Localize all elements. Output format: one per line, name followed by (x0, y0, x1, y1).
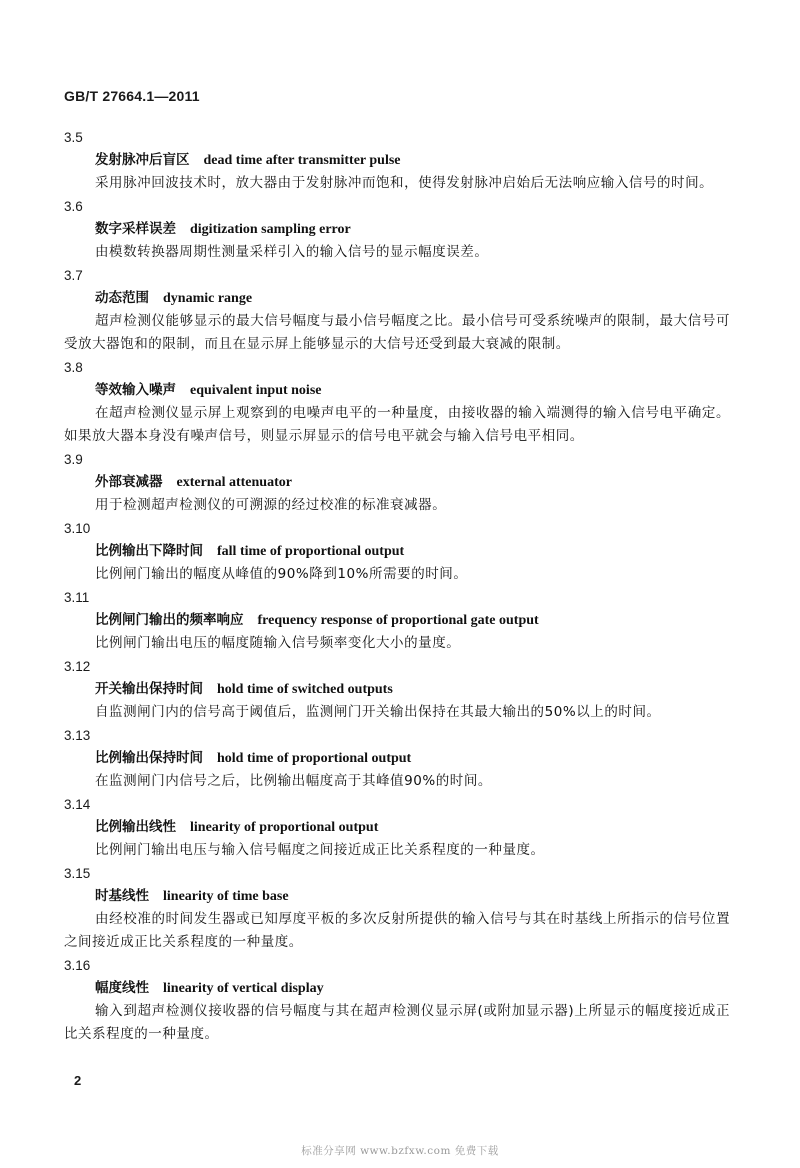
clause-number: 3.15 (64, 862, 730, 885)
term-heading: 比例输出下降时间fall time of proportional output (64, 540, 730, 563)
clause-number: 3.7 (64, 264, 730, 287)
term-zh: 比例输出保持时间 (95, 750, 203, 766)
term-en: hold time of proportional output (217, 751, 411, 766)
term-zh: 比例输出下降时间 (95, 543, 203, 559)
term-entry: 3.10 比例输出下降时间fall time of proportional o… (64, 517, 730, 586)
clause-number: 3.10 (64, 517, 730, 540)
term-zh: 外部衰减器 (95, 474, 163, 490)
term-heading: 动态范围dynamic range (64, 287, 730, 310)
watermark-text: 标准分享网 www.bzfxw.com 免费下载 (0, 1143, 800, 1158)
term-en: dead time after transmitter pulse (204, 153, 401, 168)
term-en: external attenuator (177, 475, 292, 490)
term-definition: 在监测闸门内信号之后，比例输出幅度高于其峰值90%的时间。 (64, 770, 730, 793)
terms-list: 3.5 发射脉冲后盲区dead time after transmitter p… (64, 126, 730, 1046)
term-zh: 比例闸门输出的频率响应 (95, 612, 244, 628)
term-heading: 时基线性linearity of time base (64, 885, 730, 908)
term-en: linearity of time base (163, 889, 289, 904)
term-en: frequency response of proportional gate … (258, 613, 539, 628)
term-en: digitization sampling error (190, 222, 351, 237)
term-zh: 动态范围 (95, 290, 149, 306)
term-entry: 3.6 数字采样误差digitization sampling error 由模… (64, 195, 730, 264)
clause-number: 3.12 (64, 655, 730, 678)
term-heading: 外部衰减器external attenuator (64, 471, 730, 494)
term-en: linearity of proportional output (190, 820, 378, 835)
term-definition: 比例闸门输出电压与输入信号幅度之间接近成正比关系程度的一种量度。 (64, 839, 730, 862)
term-heading: 开关输出保持时间hold time of switched outputs (64, 678, 730, 701)
term-definition: 采用脉冲回波技术时，放大器由于发射脉冲而饱和，使得发射脉冲启始后无法响应输入信号… (64, 172, 730, 195)
term-zh: 幅度线性 (95, 980, 149, 996)
term-definition: 自监测闸门内的信号高于阈值后，监测闸门开关输出保持在其最大输出的50%以上的时间… (64, 701, 730, 724)
term-zh: 等效输入噪声 (95, 382, 176, 398)
term-entry: 3.15 时基线性linearity of time base 由经校准的时间发… (64, 862, 730, 954)
term-definition: 超声检测仪能够显示的最大信号幅度与最小信号幅度之比。最小信号可受系统噪声的限制，… (64, 310, 730, 356)
term-heading: 比例闸门输出的频率响应frequency response of proport… (64, 609, 730, 632)
document-page: GB/T 27664.1—2011 3.5 发射脉冲后盲区dead time a… (0, 0, 800, 1168)
term-entry: 3.11 比例闸门输出的频率响应frequency response of pr… (64, 586, 730, 655)
term-heading: 发射脉冲后盲区dead time after transmitter pulse (64, 149, 730, 172)
term-en: equivalent input noise (190, 383, 321, 398)
term-entry: 3.13 比例输出保持时间hold time of proportional o… (64, 724, 730, 793)
term-definition: 由模数转换器周期性测量采样引入的输入信号的显示幅度误差。 (64, 241, 730, 264)
term-zh: 比例输出线性 (95, 819, 176, 835)
term-en: linearity of vertical display (163, 981, 324, 996)
clause-number: 3.14 (64, 793, 730, 816)
term-entry: 3.14 比例输出线性linearity of proportional out… (64, 793, 730, 862)
term-entry: 3.7 动态范围dynamic range 超声检测仪能够显示的最大信号幅度与最… (64, 264, 730, 356)
page-number: 2 (74, 1073, 81, 1088)
term-entry: 3.9 外部衰减器external attenuator 用于检测超声检测仪的可… (64, 448, 730, 517)
term-definition: 比例闸门输出的幅度从峰值的90%降到10%所需要的时间。 (64, 563, 730, 586)
term-heading: 幅度线性linearity of vertical display (64, 977, 730, 1000)
clause-number: 3.5 (64, 126, 730, 149)
term-en: hold time of switched outputs (217, 682, 393, 697)
term-zh: 数字采样误差 (95, 221, 176, 237)
term-heading: 比例输出线性linearity of proportional output (64, 816, 730, 839)
term-en: dynamic range (163, 291, 252, 306)
term-entry: 3.16 幅度线性linearity of vertical display 输… (64, 954, 730, 1046)
standard-code-header: GB/T 27664.1—2011 (64, 88, 200, 104)
term-definition: 输入到超声检测仪接收器的信号幅度与其在超声检测仪显示屏(或附加显示器)上所显示的… (64, 1000, 730, 1046)
clause-number: 3.6 (64, 195, 730, 218)
term-definition: 在超声检测仪显示屏上观察到的电噪声电平的一种量度，由接收器的输入端测得的输入信号… (64, 402, 730, 448)
clause-number: 3.11 (64, 586, 730, 609)
clause-number: 3.16 (64, 954, 730, 977)
term-heading: 等效输入噪声equivalent input noise (64, 379, 730, 402)
term-definition: 比例闸门输出电压的幅度随输入信号频率变化大小的量度。 (64, 632, 730, 655)
term-heading: 数字采样误差digitization sampling error (64, 218, 730, 241)
term-entry: 3.12 开关输出保持时间hold time of switched outpu… (64, 655, 730, 724)
term-heading: 比例输出保持时间hold time of proportional output (64, 747, 730, 770)
term-definition: 由经校准的时间发生器或已知厚度平板的多次反射所提供的输入信号与其在时基线上所指示… (64, 908, 730, 954)
term-zh: 时基线性 (95, 888, 149, 904)
term-entry: 3.5 发射脉冲后盲区dead time after transmitter p… (64, 126, 730, 195)
clause-number: 3.8 (64, 356, 730, 379)
term-en: fall time of proportional output (217, 544, 404, 559)
term-entry: 3.8 等效输入噪声equivalent input noise 在超声检测仪显… (64, 356, 730, 448)
term-definition: 用于检测超声检测仪的可溯源的经过校准的标准衰减器。 (64, 494, 730, 517)
clause-number: 3.13 (64, 724, 730, 747)
clause-number: 3.9 (64, 448, 730, 471)
term-zh: 开关输出保持时间 (95, 681, 203, 697)
term-zh: 发射脉冲后盲区 (95, 152, 190, 168)
